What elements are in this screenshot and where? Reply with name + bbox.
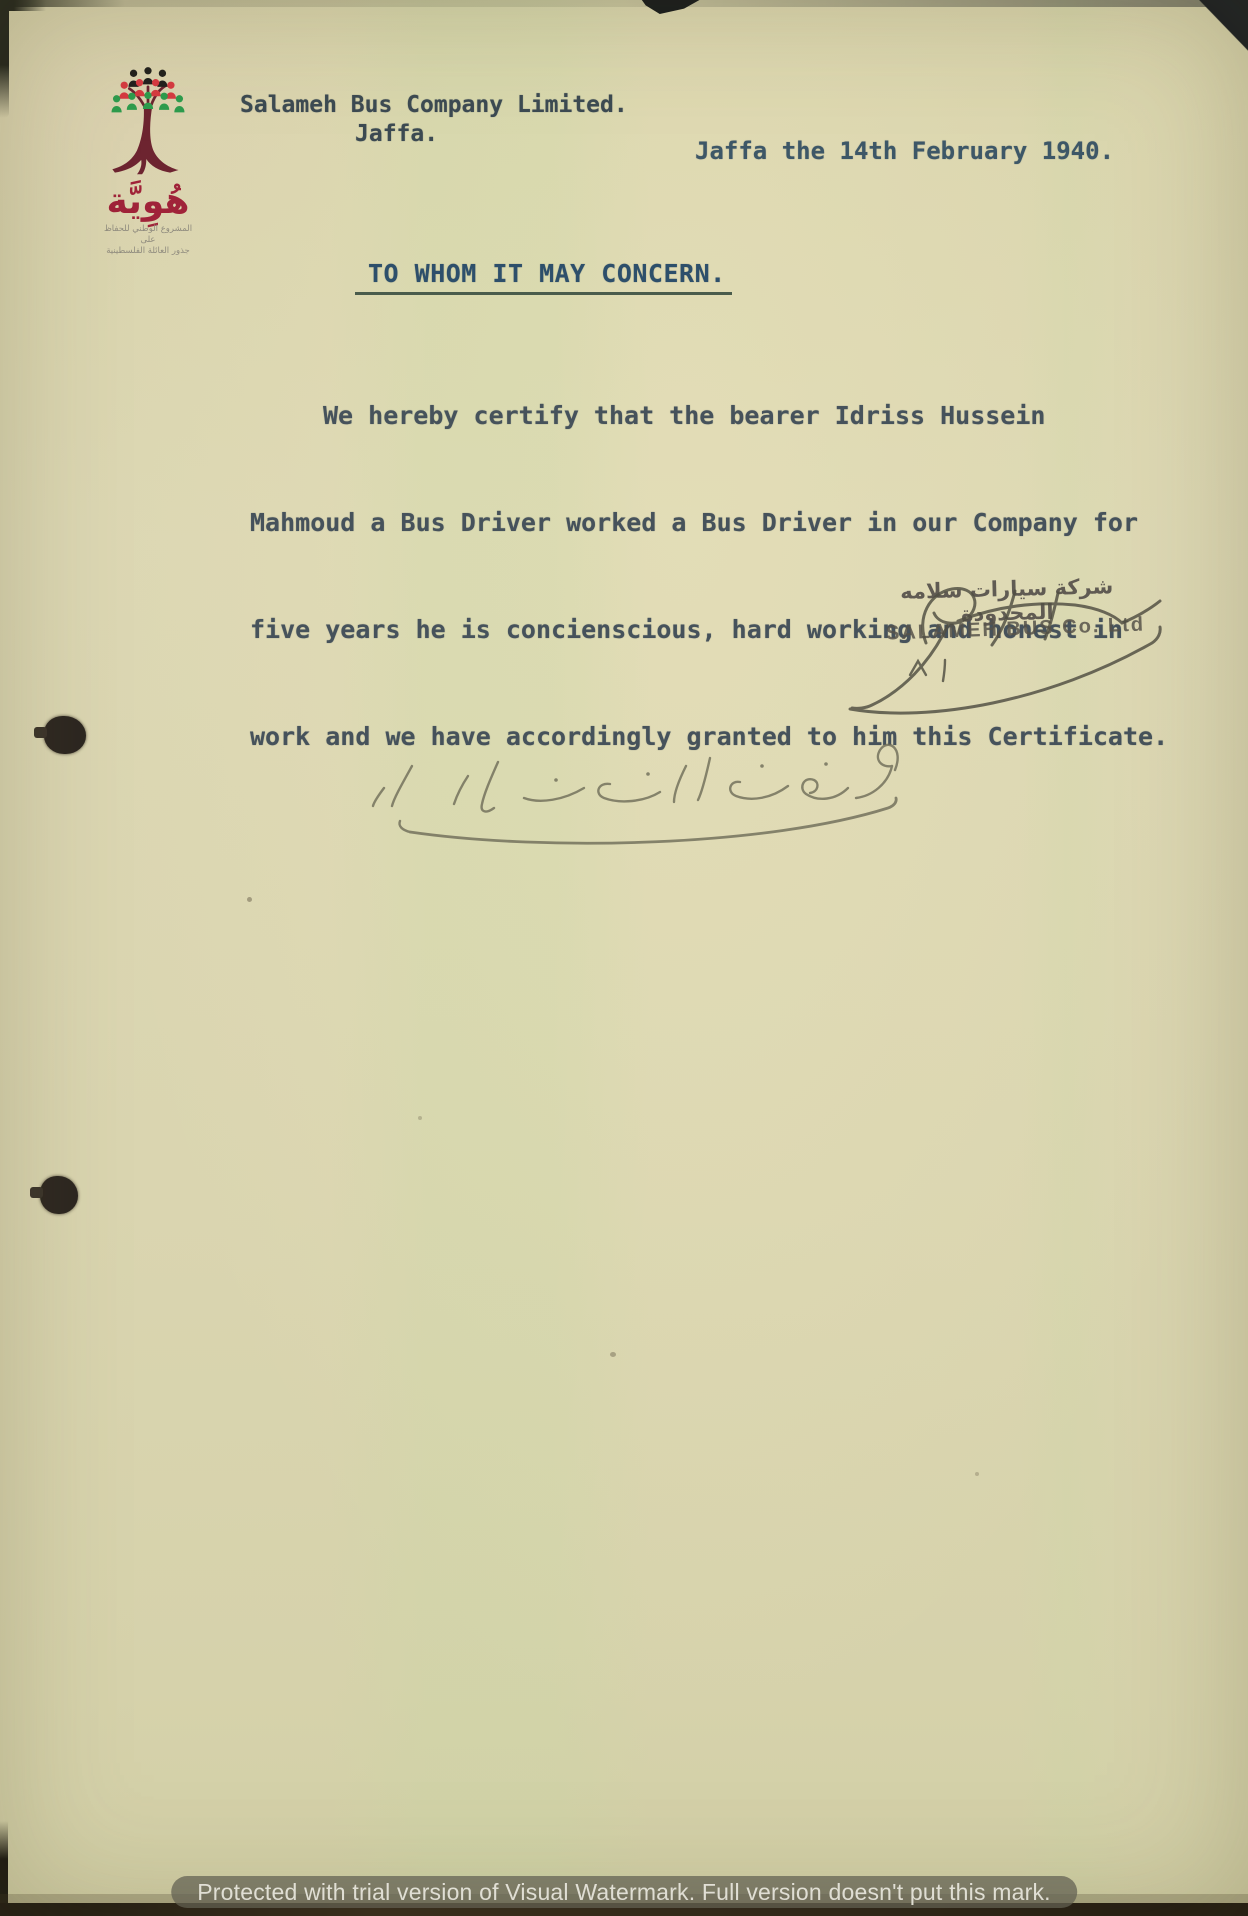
page-corner-fold	[1176, 0, 1248, 64]
body-line: Mahmoud a Bus Driver worked a Bus Driver…	[250, 501, 1170, 550]
huwiyya-project-logo: هُوِيَّة المشروع الوطني للحفاظ على جذور …	[100, 64, 196, 257]
trial-watermark-banner: Protected with trial version of Visual W…	[171, 1876, 1077, 1908]
punch-hole-tear	[30, 1187, 43, 1198]
date-line: Jaffa the 14th February 1940.	[695, 137, 1114, 165]
scan-tint-band	[1020, 0, 1135, 1916]
letter-body: We hereby certify that the bearer Idriss…	[250, 336, 1170, 793]
page-corner-shadow	[0, 0, 46, 11]
page-top-edge-shadow	[0, 0, 1248, 7]
punch-hole	[40, 1176, 78, 1214]
page-left-edge-shadow	[0, 0, 9, 118]
letterhead-city: Jaffa.	[355, 121, 438, 147]
logo-tagline-line2: جذور العائلة الفلسطينية	[100, 246, 196, 257]
scanned-letter-page: { "document": { "letterhead": { "company…	[0, 0, 1248, 1916]
letter-heading: TO WHOM IT MAY CONCERN.	[355, 259, 732, 295]
logo-wordmark: هُوِيَّة	[100, 180, 196, 224]
paper-speck	[610, 1352, 616, 1357]
paper-speck	[418, 1116, 422, 1120]
body-line: work and we have accordingly granted to …	[250, 715, 1170, 764]
punch-hole-tear	[34, 727, 47, 738]
logo-tagline-line1: المشروع الوطني للحفاظ على	[100, 224, 196, 246]
punch-hole	[44, 716, 86, 754]
letterhead-company-name: Salameh Bus Company Limited.	[240, 92, 628, 118]
page-edge-notch	[638, 0, 702, 14]
body-line: We hereby certify that the bearer Idriss…	[250, 394, 1170, 443]
paper-speck	[247, 897, 252, 902]
paper-speck	[975, 1472, 979, 1476]
family-tree-logo-icon	[102, 64, 194, 176]
